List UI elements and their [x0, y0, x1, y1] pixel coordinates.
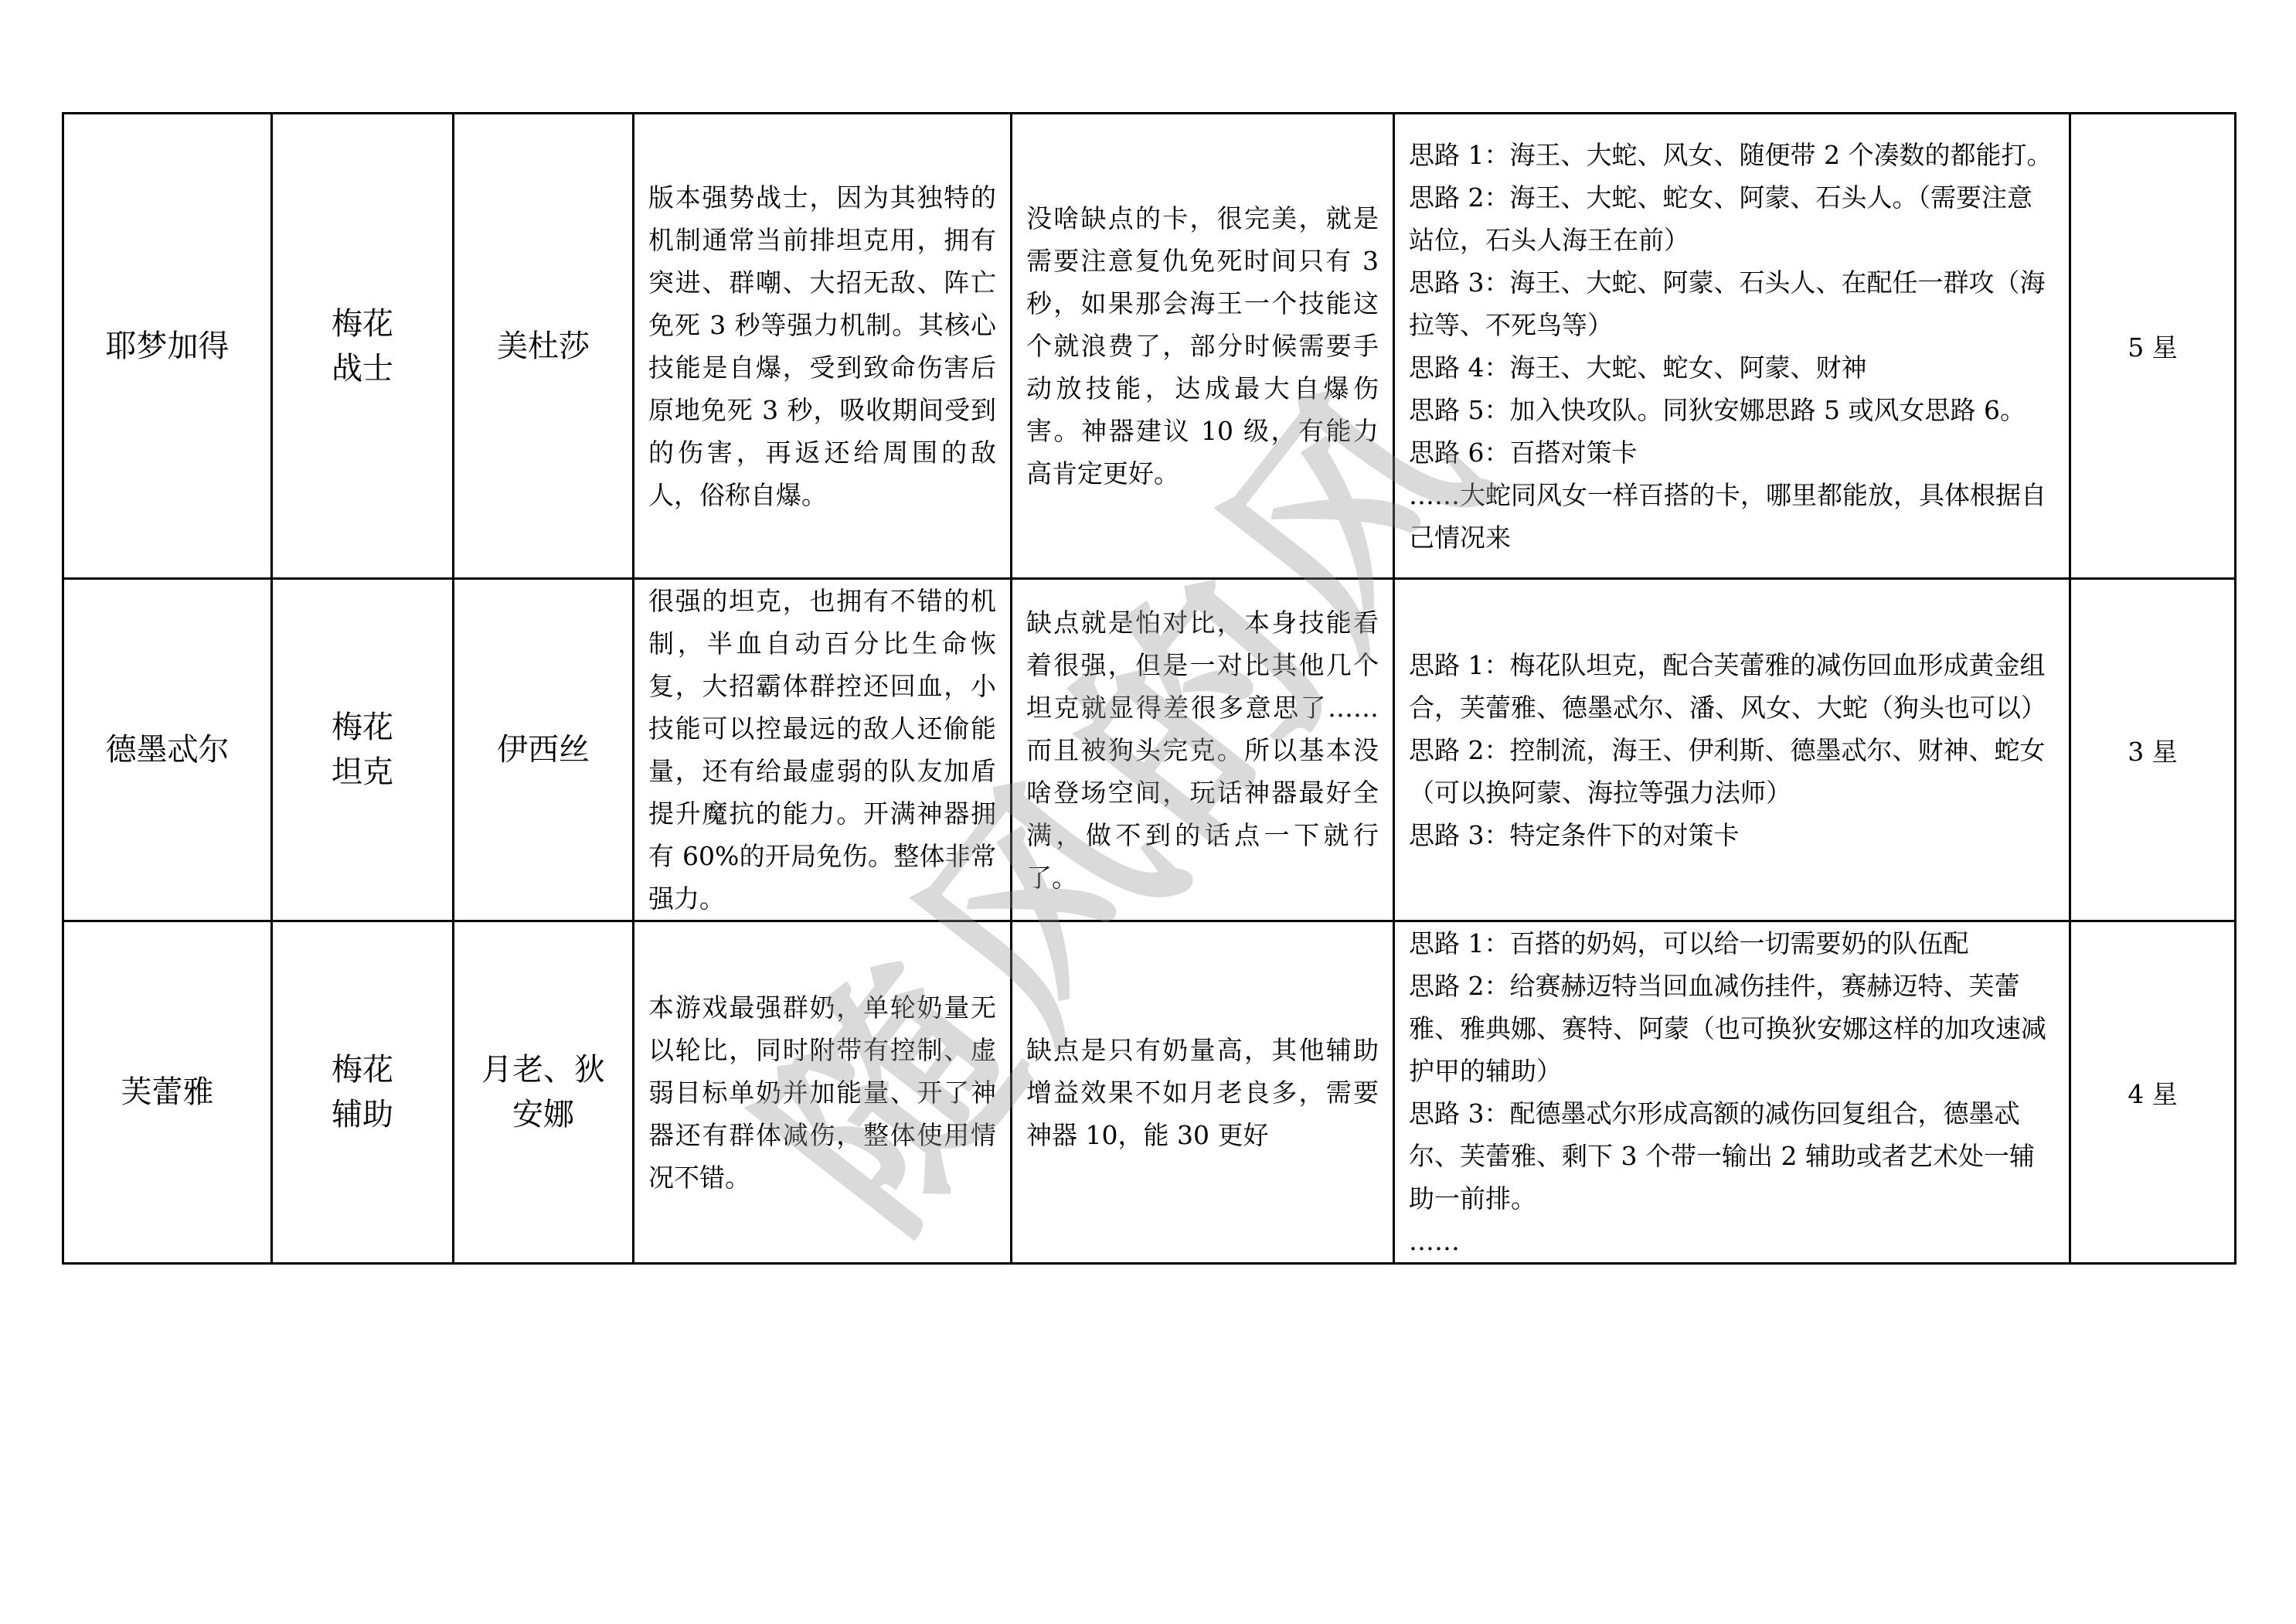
- hero-class: 辅助: [287, 1092, 438, 1137]
- strengths-cell: 很强的坦克，也拥有不错的机制，半血自动百分比生命恢复，大招霸体群控还回血，小技能…: [634, 579, 1012, 921]
- hero-name-cell: 耶梦加得: [63, 114, 272, 579]
- hero-pair-cell: 伊西丝: [454, 579, 634, 921]
- strengths-cell: 版本强势战士，因为其独特的机制通常当前排坦克用，拥有突进、群嘲、大招无敌、阵亡免…: [634, 114, 1012, 579]
- team-ideas-cell: 思路 1：百搭的奶妈，可以给一切需要奶的队伍配 思路 2：给赛赫迈特当回血减伤挂…: [1394, 921, 2070, 1264]
- team-ideas-cell: 思路 1：梅花队坦克，配合芙蕾雅的减伤回血形成黄金组合，芙蕾雅、德墨忒尔、潘、风…: [1394, 579, 2070, 921]
- hero-pair-cell: 美杜莎: [454, 114, 634, 579]
- hero-name-cell: 德墨忒尔: [63, 579, 272, 921]
- hero-faction: 梅花: [287, 705, 438, 750]
- weaknesses-cell: 没啥缺点的卡，很完美，就是需要注意复仇免死时间只有 3 秒，如果那会海王一个技能…: [1012, 114, 1394, 579]
- team-ideas-cell: 思路 1：海王、大蛇、风女、随便带 2 个凑数的都能打。 思路 2：海王、大蛇、…: [1394, 114, 2070, 579]
- strengths-text: 版本强势战士，因为其独特的机制通常当前排坦克用，拥有突进、群嘲、大招无敌、阵亡免…: [648, 182, 996, 510]
- table-row: 芙蕾雅 梅花 辅助 月老、狄安娜 本游戏最强群奶，单轮奶量无以轮比，同时附带有控…: [63, 921, 2236, 1264]
- table-row: 耶梦加得 梅花 战士 美杜莎 版本强势战士，因为其独特的机制通常当前排坦克用，拥…: [63, 114, 2236, 579]
- star-rating: 5 星: [2128, 332, 2178, 363]
- hero-pair-cell: 月老、狄安娜: [454, 921, 634, 1264]
- hero-faction: 梅花: [287, 301, 438, 346]
- strengths-text: 很强的坦克，也拥有不错的机制，半血自动百分比生命恢复，大招霸体群控还回血，小技能…: [648, 586, 996, 914]
- hero-role-cell: 梅花 坦克: [272, 579, 454, 921]
- hero-pair: 美杜莎: [497, 329, 590, 364]
- team-idea: 思路 6：百搭对策卡: [1409, 431, 2055, 474]
- document-page: 耶梦加得 梅花 战士 美杜莎 版本强势战士，因为其独特的机制通常当前排坦克用，拥…: [0, 0, 2296, 1624]
- hero-name: 耶梦加得: [106, 329, 230, 364]
- hero-role-cell: 梅花 战士: [272, 114, 454, 579]
- hero-analysis-table: 耶梦加得 梅花 战士 美杜莎 版本强势战士，因为其独特的机制通常当前排坦克用，拥…: [62, 112, 2236, 1265]
- rating-cell: 3 星: [2070, 579, 2236, 921]
- strengths-cell: 本游戏最强群奶，单轮奶量无以轮比，同时附带有控制、虚弱目标单奶并加能量、开了神器…: [634, 921, 1012, 1264]
- hero-name: 芙蕾雅: [121, 1074, 214, 1110]
- team-idea: 思路 3：特定条件下的对策卡: [1409, 814, 2055, 856]
- team-idea: 思路 2：给赛赫迈特当回血减伤挂件，赛赫迈特、芙蕾雅、雅典娜、赛特、阿蒙（也可换…: [1409, 965, 2055, 1092]
- team-idea: ……: [1409, 1220, 2055, 1262]
- weaknesses-text: 没啥缺点的卡，很完美，就是需要注意复仇免死时间只有 3 秒，如果那会海王一个技能…: [1026, 203, 1379, 489]
- team-idea: 思路 1：海王、大蛇、风女、随便带 2 个凑数的都能打。: [1409, 134, 2055, 176]
- table-row: 德墨忒尔 梅花 坦克 伊西丝 很强的坦克，也拥有不错的机制，半血自动百分比生命恢…: [63, 579, 2236, 921]
- team-idea: 思路 1：百搭的奶妈，可以给一切需要奶的队伍配: [1409, 922, 2055, 965]
- weaknesses-text: 缺点是只有奶量高，其他辅助增益效果不如月老良多，需要神器 10，能 30 更好: [1026, 1035, 1379, 1150]
- weaknesses-cell: 缺点是只有奶量高，其他辅助增益效果不如月老良多，需要神器 10，能 30 更好: [1012, 921, 1394, 1264]
- weaknesses-text: 缺点就是怕对比，本身技能看着很强，但是一对比其他几个坦克就显得差很多意思了……而…: [1026, 608, 1379, 893]
- team-idea: 思路 3：配德墨忒尔形成高额的减伤回复组合，德墨忒尔、芙蕾雅、剩下 3 个带一输…: [1409, 1092, 2055, 1220]
- team-idea: 思路 5：加入快攻队。同狄安娜思路 5 或风女思路 6。: [1409, 389, 2055, 431]
- hero-name-cell: 芙蕾雅: [63, 921, 272, 1264]
- strengths-text: 本游戏最强群奶，单轮奶量无以轮比，同时附带有控制、虚弱目标单奶并加能量、开了神器…: [648, 992, 996, 1193]
- hero-name: 德墨忒尔: [106, 732, 230, 768]
- star-rating: 4 星: [2128, 1079, 2178, 1109]
- rating-cell: 5 星: [2070, 114, 2236, 579]
- team-idea: 思路 1：梅花队坦克，配合芙蕾雅的减伤回血形成黄金组合，芙蕾雅、德墨忒尔、潘、风…: [1409, 644, 2055, 729]
- hero-pair: 月老、狄安娜: [481, 1052, 605, 1132]
- hero-class: 坦克: [287, 750, 438, 795]
- team-idea: 思路 3：海王、大蛇、阿蒙、石头人、在配任一群攻（海拉等、不死鸟等）: [1409, 261, 2055, 346]
- team-idea: 思路 4：海王、大蛇、蛇女、阿蒙、财神: [1409, 346, 2055, 389]
- hero-role-cell: 梅花 辅助: [272, 921, 454, 1264]
- star-rating: 3 星: [2128, 737, 2178, 767]
- team-idea: ……大蛇同风女一样百搭的卡，哪里都能放，具体根据自己情况来: [1409, 474, 2055, 559]
- weaknesses-cell: 缺点就是怕对比，本身技能看着很强，但是一对比其他几个坦克就显得差很多意思了……而…: [1012, 579, 1394, 921]
- team-idea: 思路 2：控制流，海王、伊利斯、德墨忒尔、财神、蛇女（可以换阿蒙、海拉等强力法师…: [1409, 729, 2055, 814]
- rating-cell: 4 星: [2070, 921, 2236, 1264]
- team-idea: 思路 2：海王、大蛇、蛇女、阿蒙、石头人。（需要注意站位，石头人海王在前）: [1409, 176, 2055, 261]
- hero-pair: 伊西丝: [497, 732, 590, 768]
- hero-faction: 梅花: [287, 1047, 438, 1092]
- hero-class: 战士: [287, 346, 438, 391]
